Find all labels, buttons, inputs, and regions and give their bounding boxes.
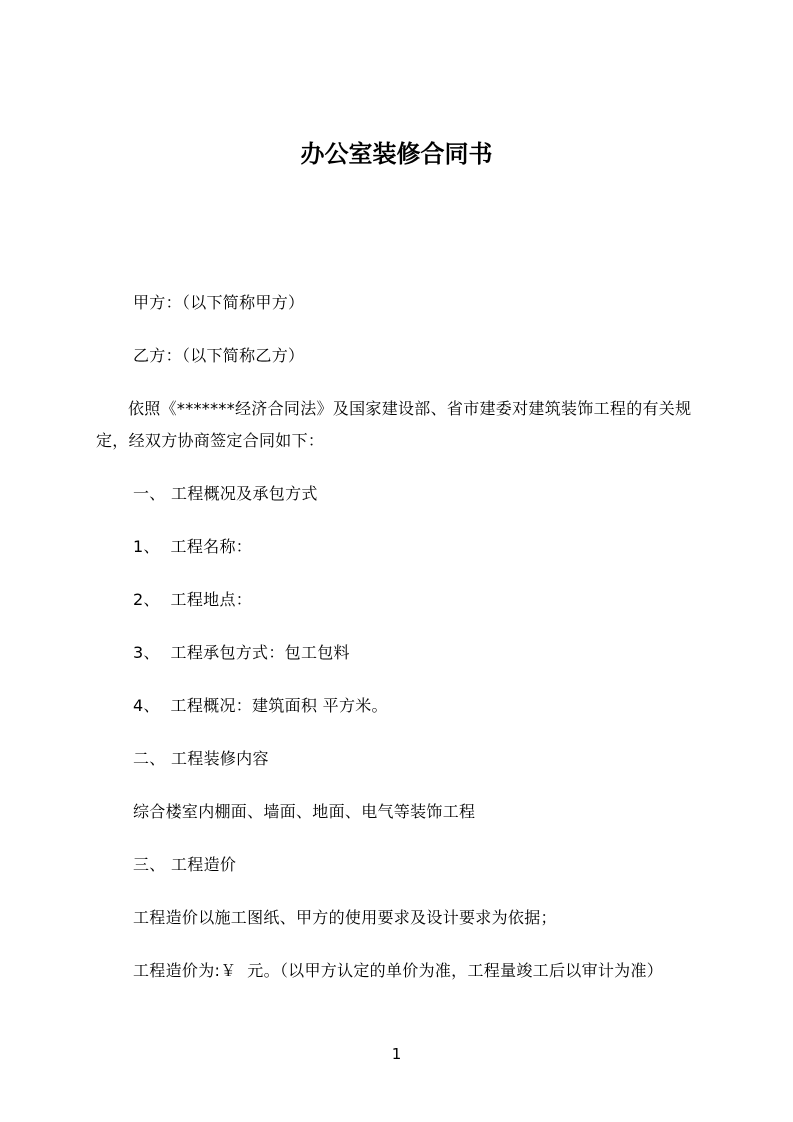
item-2-project-location: 2、 工程地点：: [133, 584, 697, 616]
section-1-heading: 一、 工程概况及承包方式: [133, 478, 697, 510]
document-title: 办公室装修合同书: [96, 136, 697, 172]
document-page: 办公室装修合同书 甲方：（以下简称甲方） 乙方：（以下简称乙方） 依照《****…: [0, 0, 793, 1122]
item-3-contract-method: 3、 工程承包方式：包工包料: [133, 637, 697, 669]
party-a-line: 甲方：（以下简称甲方）: [133, 287, 697, 319]
item-4-project-overview: 4、 工程概况：建筑面积 平方米。: [133, 690, 697, 722]
document-body: 甲方：（以下简称甲方） 乙方：（以下简称乙方） 依照《*******经济合同法》…: [96, 287, 697, 987]
section-3-heading: 三、 工程造价: [133, 849, 697, 881]
section-2-heading: 二、 工程装修内容: [133, 743, 697, 775]
preamble-paragraph: 依照《*******经济合同法》及国家建设部、省市建委对建筑装饰工程的有关规 定…: [96, 393, 697, 457]
section-2-content: 综合楼室内棚面、墙面、地面、电气等装饰工程: [133, 796, 697, 828]
page-number: 1: [0, 1042, 793, 1066]
item-1-project-name: 1、 工程名称：: [133, 531, 697, 563]
cost-basis-line: 工程造价以施工图纸、甲方的使用要求及设计要求为依据；: [133, 902, 697, 934]
party-b-line: 乙方：（以下简称乙方）: [133, 340, 697, 372]
cost-amount-line: 工程造价为:￥ 元。（以甲方认定的单价为准，工程量竣工后以审计为准）: [133, 955, 697, 987]
